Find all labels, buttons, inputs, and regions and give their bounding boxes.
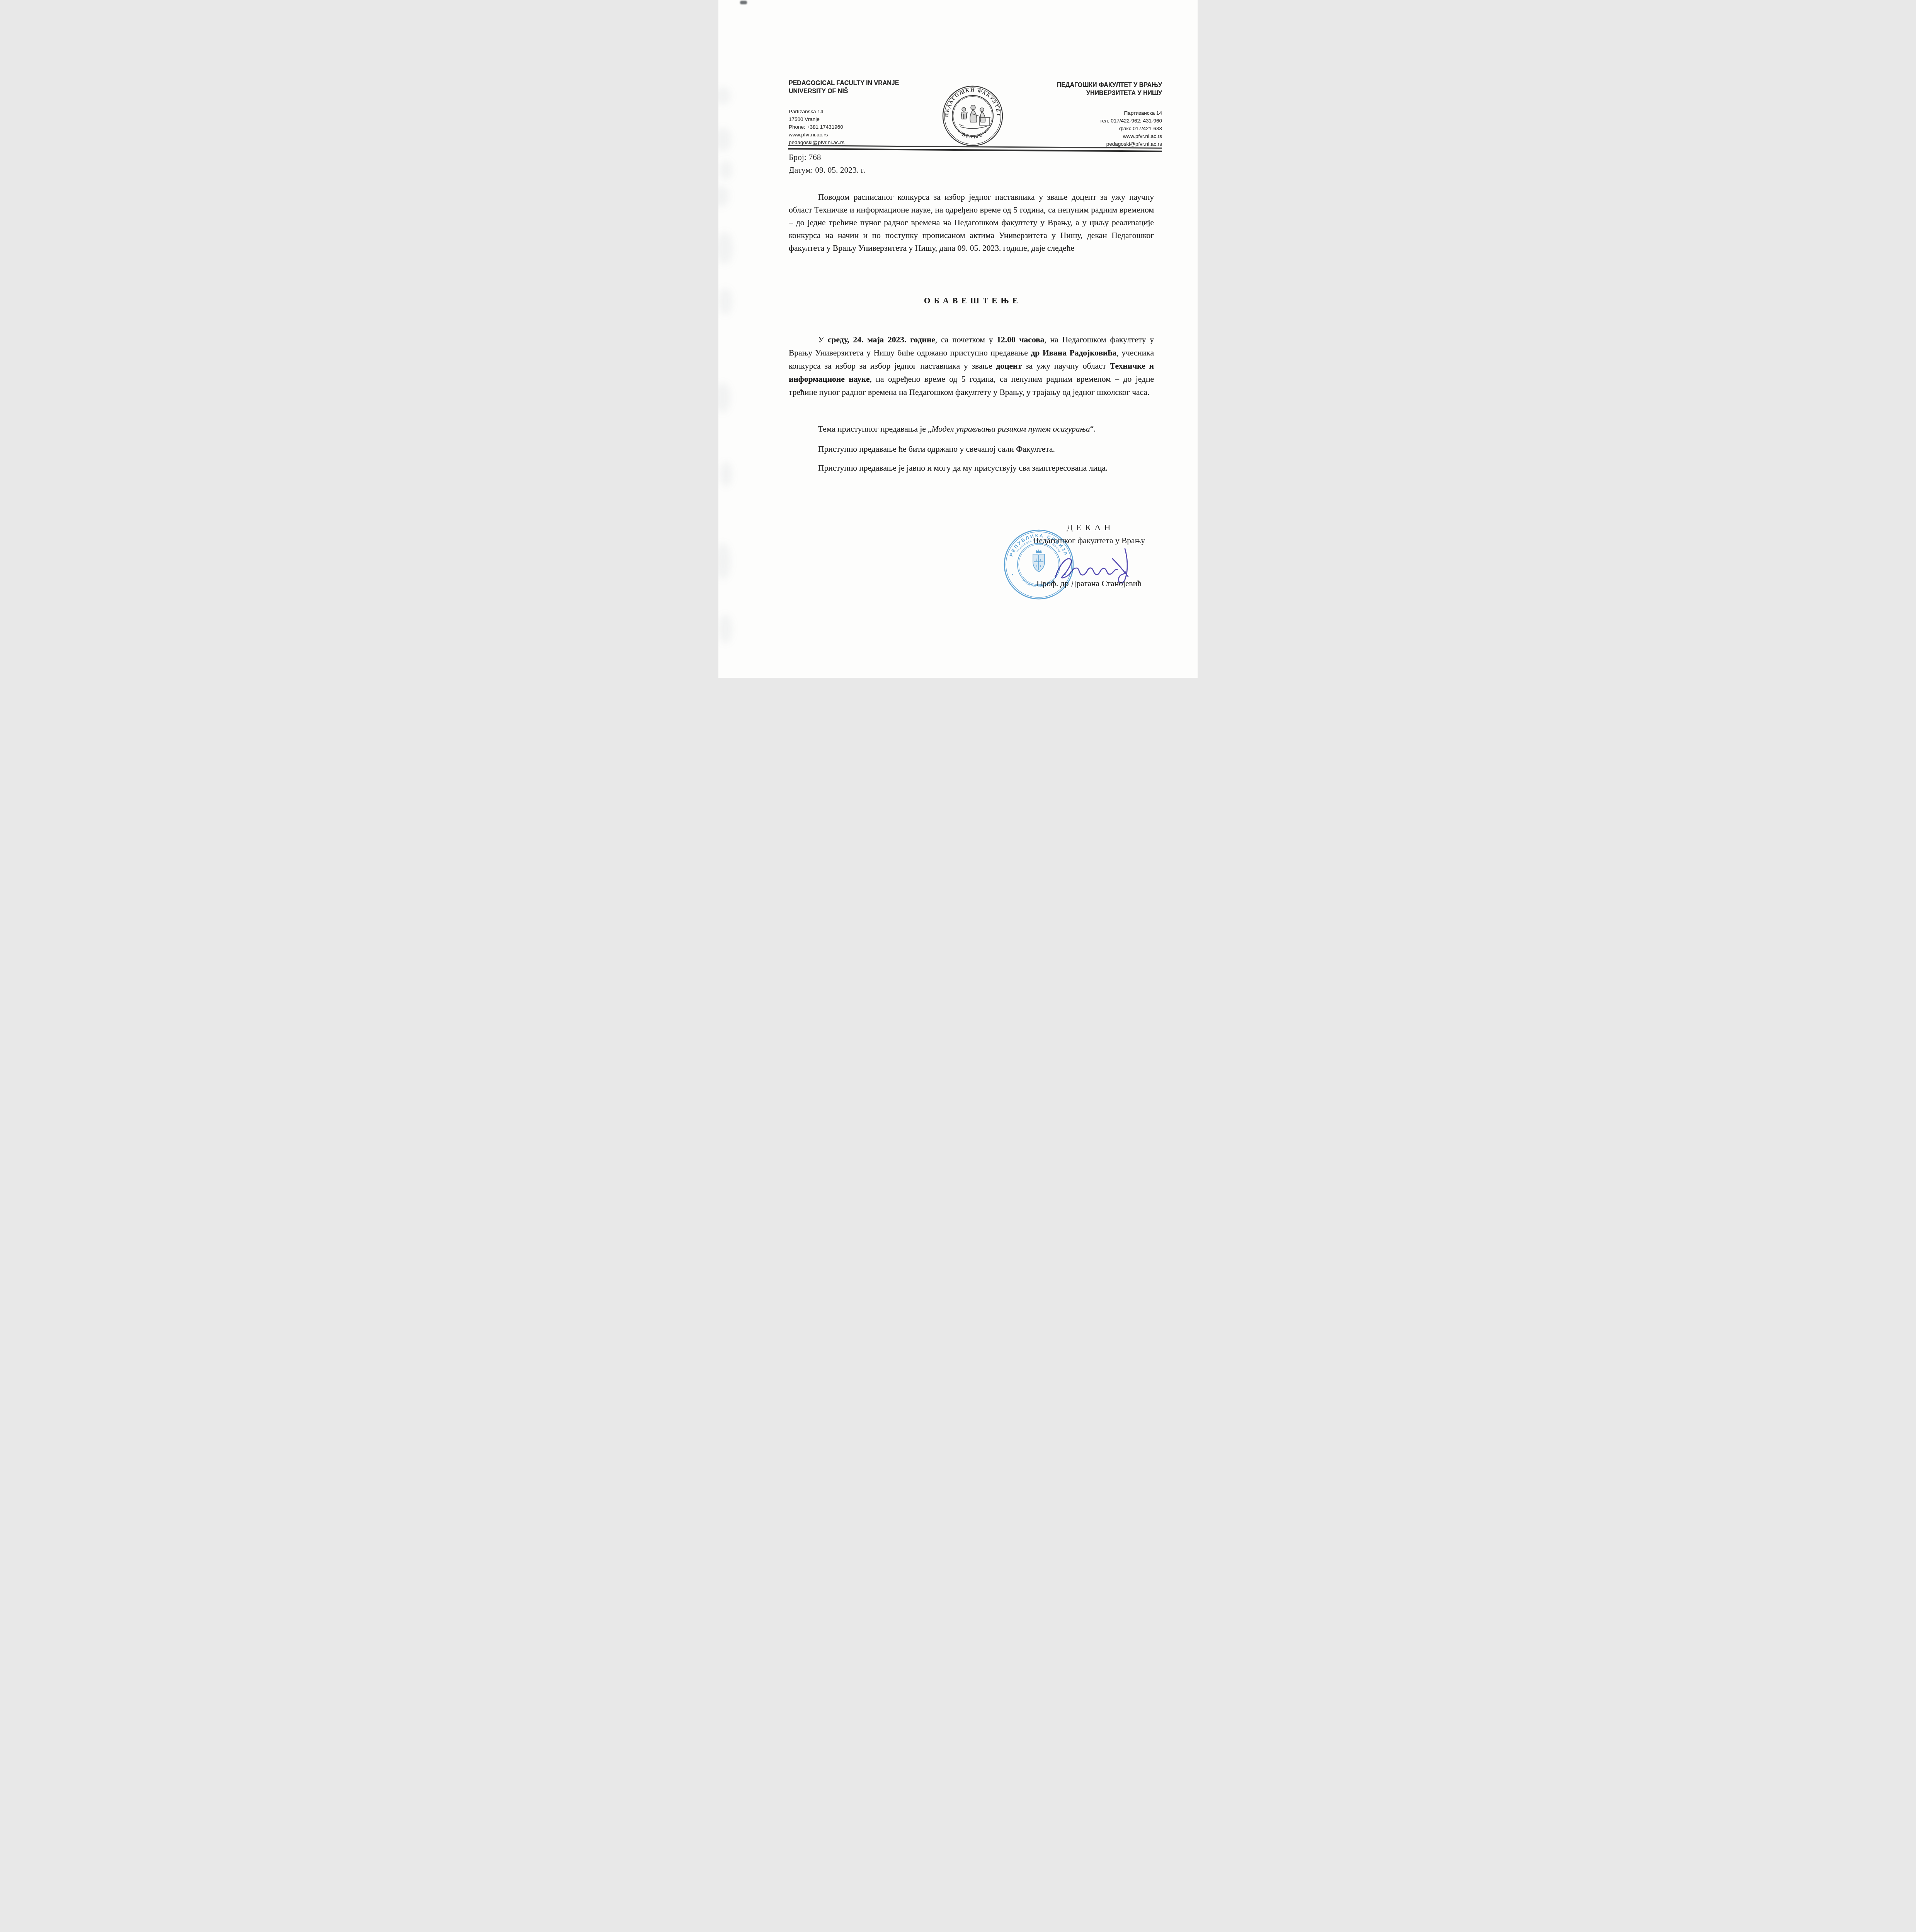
paragraph-topic: Тема приступног предавања је „Модел упра… (789, 422, 1154, 435)
scan-artifact (720, 462, 732, 486)
dean-signature (1049, 544, 1142, 590)
scan-artifact (718, 87, 731, 105)
address-phone: Phone: +381 17431960 (789, 123, 899, 131)
address-street-sr: Партизанска 14 (1057, 109, 1162, 117)
document-date: Датум: 09. 05. 2023. г. (789, 164, 865, 177)
scan-artifact (719, 160, 732, 180)
letterhead-right: ПЕДАГОШКИ ФАКУЛТЕТ У ВРАЊУ УНИВЕРЗИТЕТА … (1057, 81, 1162, 148)
faculty-name-sr-line1: ПЕДАГОШКИ ФАКУЛТЕТ У ВРАЊУ (1057, 81, 1162, 89)
faculty-name-en-line1: PEDAGOGICAL FACULTY IN VRANJE (789, 79, 899, 87)
address-website-sr: www.pfvr.ni.ac.rs (1057, 133, 1162, 140)
scan-artifact (718, 543, 731, 580)
document-meta: Број: 768 Датум: 09. 05. 2023. г. (789, 151, 865, 177)
document-title: О Б А В Е Ш Т Е Њ Е (789, 294, 1154, 307)
address-block-sr: Партизанска 14 тел. 017/422-962; 431-960… (1057, 109, 1162, 148)
scan-artifact (740, 1, 747, 4)
address-phone-sr: тел. 017/422-962; 431-960 (1057, 117, 1162, 125)
address-street: Partizanska 14 (789, 108, 899, 116)
seal-bottom-text: • ВРАЊЕ • (957, 129, 989, 139)
coat-of-arms (1033, 549, 1045, 572)
faculty-name-sr: ПЕДАГОШКИ ФАКУЛТЕТ У ВРАЊУ УНИВЕРЗИТЕТА … (1057, 81, 1162, 97)
paragraph-intro: Поводом расписаног конкурса за избор јед… (789, 191, 1154, 255)
faculty-seal-icon: ПЕДАГОШКИ ФАКУЛТЕТ • ВРАЊЕ • (942, 85, 1004, 147)
document-number: Број: 768 (789, 151, 865, 164)
address-city: 17500 Vranje (789, 116, 899, 123)
seal-illustration (959, 105, 991, 129)
faculty-name-en: PEDAGOGICAL FACULTY IN VRANJE UNIVERSITY… (789, 79, 899, 95)
scan-artifact (718, 288, 732, 315)
faculty-name-en-line2: UNIVERSITY OF NIŠ (789, 87, 899, 95)
paragraph-announcement: У среду, 24. маја 2023. године, са почет… (789, 333, 1154, 399)
svg-text:• ВРАЊЕ •: • ВРАЊЕ • (957, 129, 989, 139)
scan-artifact (718, 232, 733, 264)
letterhead-left: PEDAGOGICAL FACULTY IN VRANJE UNIVERSITY… (789, 79, 899, 146)
faculty-name-sr-line2: УНИВЕРЗИТЕТА У НИШУ (1057, 89, 1162, 97)
address-fax-sr: факс 017/421-633 (1057, 125, 1162, 133)
scan-artifact (718, 185, 729, 207)
scan-artifact (718, 383, 731, 413)
address-website: www.pfvr.ni.ac.rs (789, 131, 899, 139)
paragraph-public: Приступно предавање је јавно и могу да м… (789, 461, 1154, 474)
address-block-en: Partizanska 14 17500 Vranje Phone: +381 … (789, 108, 899, 146)
scan-artifact (718, 614, 732, 643)
scanned-letter-page: PEDAGOGICAL FACULTY IN VRANJE UNIVERSITY… (718, 0, 1198, 678)
scan-artifact (718, 128, 732, 151)
paragraph-venue: Приступно предавање ће бити одржано у св… (789, 442, 1154, 456)
